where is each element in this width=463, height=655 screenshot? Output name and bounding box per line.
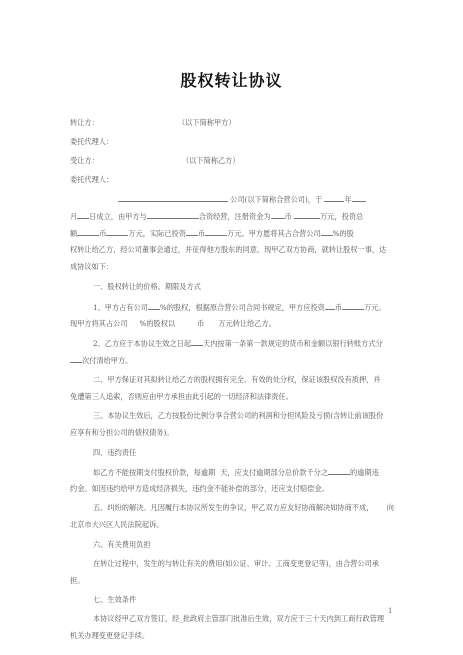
preamble-line-1: 公司(以下简称合营公司)，于 年 (70, 194, 396, 204)
section-7-line-1: 本协议经甲乙双方签订，经_批政府主管部门批准后生效，双方应于三十天内到工商行政管… (93, 614, 396, 623)
preamble-text: 月 (70, 212, 77, 221)
clause-text: 天内按第一条第一款规定的货币和金额以银行转账方式分 (203, 339, 383, 348)
clause-text: 次付清给甲方。 (82, 356, 132, 365)
installments-blank[interactable] (70, 355, 82, 363)
clause-text: 万元转让给乙方。 (218, 319, 276, 328)
preamble-text: 日成立，由甲方与 (89, 212, 147, 221)
partner-blank[interactable] (147, 211, 199, 219)
section-5-line-1: 五、纠纷的解决。凡因履行本协议所发生的争议，甲乙双方应友好协商解决如协商不成， … (93, 503, 396, 512)
section-2-line-1: 二、甲方保证对其拟转让给乙方的股权拥有完全、有效的处分权，保证该股权没有质押，并 (93, 375, 396, 384)
penalty-rate-blank[interactable] (328, 467, 350, 475)
transferor-label: 转让方： (70, 118, 99, 127)
preamble-text: 币 (99, 229, 106, 238)
clause-text: 万元。 (364, 303, 386, 312)
clause-text: %的股权，根据原合营公司合同书规定，甲方应投资 (160, 303, 325, 312)
transferor-alias: （以下简称甲方） (178, 118, 236, 127)
preamble-line-5: 成协议如下： (70, 262, 396, 271)
section-1-heading: 一、股权转让的价格、期限及方式 (93, 282, 396, 291)
transferor-line: 转让方： （以下简称甲方） (70, 118, 396, 127)
clause-text: 的逾期违 (350, 468, 379, 477)
share-percent-blank[interactable] (321, 228, 333, 236)
preamble-text: 合资经营，注册资金为 (199, 212, 271, 221)
preamble-text: 万元。甲方愿将其占合营公司 (227, 229, 320, 238)
clause-text: 2、乙方应于本协议生效之日起 (93, 339, 191, 348)
clause-1-2-line-2: 次付清给甲方。 (70, 355, 396, 365)
amount-blank[interactable] (342, 302, 364, 310)
currency-blank[interactable] (271, 211, 285, 219)
document-title: 股权转让协议 (0, 68, 463, 91)
section-3-line-2: 应享有和分担公司的债权债务)。 (70, 428, 396, 437)
section-6-line-2: 担。 (70, 576, 396, 585)
section-7-heading: 七、生效条件 (93, 595, 396, 604)
preamble-line-2: 月日成立，由甲方与合资经营，注册资金为币 万元，投资总 (70, 211, 396, 221)
transferee-label: 受让方： (70, 156, 99, 165)
clause-1-1-line-1: 1、甲方占有公司%的股权，根据原合营公司合同书规定，甲方应投资币万元。 (93, 302, 396, 312)
clause-text: %的股权以 (140, 319, 176, 328)
clause-1-2-line-1: 2、乙方应于本协议生效之日起天内按第一条第一款规定的货币和金额以银行转账方式分 (93, 338, 396, 348)
section-6-heading: 六、有关费用负担 (93, 540, 396, 549)
section-7-line-2: 机关办理变更登记手续。 (70, 631, 396, 640)
clause-text: 如乙方不能按期支付股权价款，每逾期 (93, 468, 215, 477)
transferee-line: 受让方： （以下简称乙方） (70, 156, 396, 165)
clause-text: 五、纠纷的解决。凡因履行本协议所发生的争议，甲乙双方应友好协商解决如协商不成， (93, 503, 373, 512)
day-blank[interactable] (77, 211, 89, 219)
agent-line-2: 委托代理人： (70, 175, 396, 184)
total-currency-blank[interactable] (77, 228, 99, 236)
days-blank[interactable] (191, 338, 203, 346)
page-number: 1 (388, 607, 392, 615)
section-2-line-2: 免遭第三人追索，否则应由甲方承担由此引起的一切经济和法律责任。 (70, 392, 396, 401)
year-blank[interactable] (324, 194, 344, 202)
preamble-text: 额 (70, 229, 77, 238)
section-4-line-2: 约金。如因违约给甲方造成经济损失，违约金不能补偿的部分，还应支付赔偿金。 (70, 484, 396, 493)
section-4-heading: 四、违约责任 (93, 448, 396, 457)
capital-blank[interactable] (294, 211, 320, 219)
agent-label-2: 委托代理人： (70, 175, 113, 184)
preamble-line-3: 额币万元，实际已投资币万元。甲方愿将其占合营公司%的股 (70, 228, 396, 238)
total-amount-blank[interactable] (106, 228, 128, 236)
percent-blank[interactable] (148, 302, 160, 310)
paid-amount-blank[interactable] (205, 228, 227, 236)
preamble-text: %的股 (333, 229, 354, 238)
preamble-text: 年 (344, 195, 351, 204)
transferee-alias: （以下简称乙方） (182, 156, 240, 165)
month-blank[interactable] (352, 194, 366, 202)
company-name-blank[interactable] (118, 194, 228, 202)
preamble-text: 币 (285, 212, 292, 221)
clause-1-1-line-2: 现甲方将其占公司%的股权以币万元转让给乙方。 (70, 319, 396, 328)
section-3-line-1: 三、本协议生效后，乙方按股份比例分享合营公司的利润和分担风险及亏损(含转让前该股… (93, 411, 396, 420)
currency-blank[interactable] (325, 302, 335, 310)
clause-text: 天，应支付逾期部分总价款千分之 (220, 468, 328, 477)
agent-label-1: 委托代理人： (70, 137, 113, 146)
clause-text: 现甲方将其占公司 (70, 319, 128, 328)
document-page: 股权转让协议 转让方： （以下简称甲方） 委托代理人： 受让方： （以下简称乙方… (0, 0, 463, 655)
clause-text: 向 (387, 503, 394, 512)
section-6-line-1: 在转让过程中，发生的与转让有关的费用(如公证、审计、工商变更登记等)，由合营公司… (93, 559, 396, 568)
clause-text: 币 (197, 319, 204, 328)
clause-text: 币 (335, 303, 342, 312)
preamble-line-4: 权转让给乙方，经公司董事会通过，并征得他方股东的同意，现甲乙双方协商，就转让股权… (70, 245, 396, 254)
preamble-text: 万元，实际已投资 (128, 229, 186, 238)
section-5-line-2: 北京市大兴区人民法院起诉。 (70, 520, 396, 529)
preamble-text: 公司(以下简称合营公司)，于 (230, 195, 322, 204)
agent-line-1: 委托代理人： (70, 137, 396, 146)
section-4-line-1: 如乙方不能按期支付股权价款，每逾期天，应支付逾期部分总价款千分之的逾期违 (93, 467, 396, 477)
paid-currency-blank[interactable] (186, 228, 198, 236)
preamble-text: 万元，投资总 (320, 212, 363, 221)
preamble-text: 币 (198, 229, 205, 238)
clause-text: 1、甲方占有公司 (93, 303, 148, 312)
